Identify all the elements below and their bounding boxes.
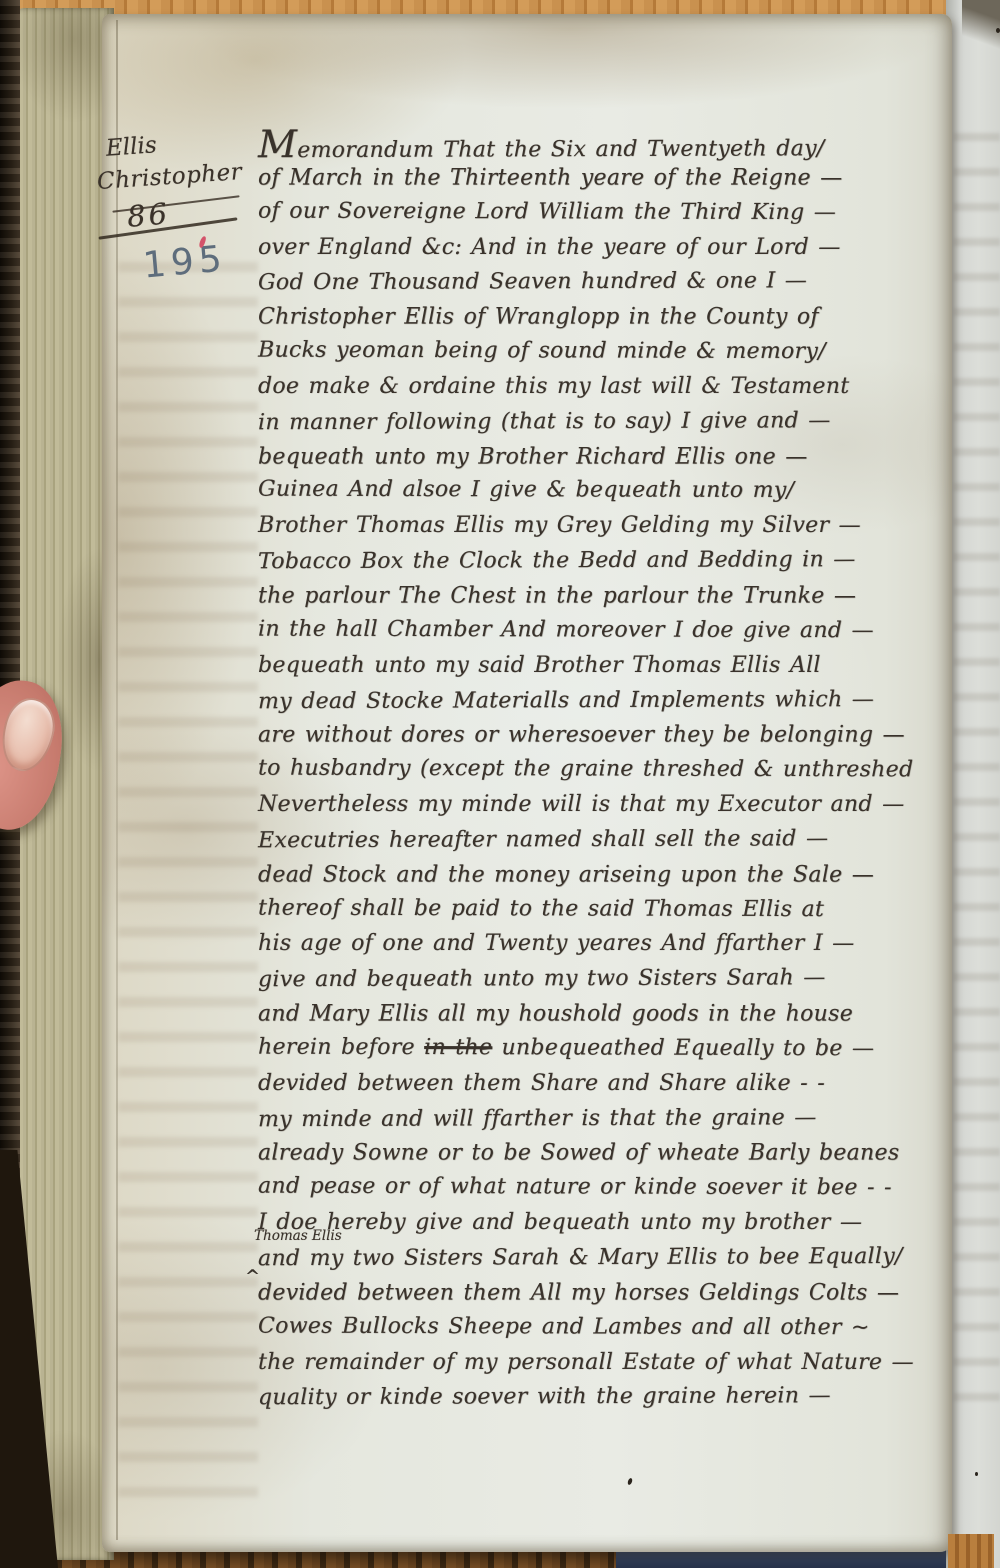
facing-page-corner-shadow <box>962 0 1000 52</box>
facing-page-showthrough <box>954 120 1000 1420</box>
manuscript-line: Guinea And alsoe I give & bequeath unto … <box>258 473 952 510</box>
manuscript-line: devided between them All my horses Geldi… <box>258 1276 952 1311</box>
manuscript-line: and pease or of what nature or kinde soe… <box>258 1170 952 1207</box>
manuscript-line: dead Stock and the money ariseing upon t… <box>258 858 952 893</box>
manuscript-line: my minde and will ffarther is that the g… <box>258 1100 952 1137</box>
manuscript-line: are without dores or wheresoever they be… <box>258 719 952 754</box>
folio-number: 195 <box>141 238 228 286</box>
struck-out-words: in the <box>424 1035 492 1060</box>
margin-surname: Ellis <box>105 132 157 161</box>
manuscript-line-with-strikeout: herein before in the unbequeathed Equeal… <box>258 1031 952 1068</box>
manuscript-line: over England &c: And in the yeare of our… <box>258 231 952 266</box>
manuscript-line: of March in the Thirteenth yeare of the … <box>258 161 952 196</box>
manuscript-line: Tobacco Box the Clock the Bedd and Beddi… <box>258 543 952 580</box>
manuscript-line: in the hall Chamber And moreover I doe g… <box>258 612 952 649</box>
interlineation-insert: Thomas Ellis <box>254 1228 342 1244</box>
manuscript-line: of our Sovereigne Lord William the Third… <box>258 194 952 231</box>
manuscript-text-block: Memorandum That the Six and Twentyeth da… <box>258 126 952 1415</box>
manuscript-line: Nevertheless my minde will is that my Ex… <box>258 788 952 823</box>
manuscript-line: Memorandum That the Six and Twentyeth da… <box>258 125 952 162</box>
manuscript-line: in manner following (that is to say) I g… <box>258 404 952 441</box>
manuscript-line: my dead Stocke Materialls and Implements… <box>258 682 952 719</box>
manuscript-line: doe make & ordaine this my last will & T… <box>258 370 952 405</box>
manuscript-line: the parlour The Chest in the parlour the… <box>258 580 952 615</box>
manuscript-line: bequeath unto my Brother Richard Ellis o… <box>258 440 952 475</box>
manuscript-line: Christopher Ellis of Wranglopp in the Co… <box>258 301 952 336</box>
manuscript-line: bequeath unto my said Brother Thomas Ell… <box>258 649 952 684</box>
manuscript-line: Bucks yeoman being of sound minde & memo… <box>258 334 952 371</box>
ink-speck <box>975 1472 978 1476</box>
manuscript-line: thereof shall be paid to the said Thomas… <box>258 891 952 928</box>
caret-mark: ^ <box>245 1266 260 1287</box>
manuscript-line: give and bequeath unto my two Sisters Sa… <box>258 961 952 998</box>
manuscript-line: Cowes Bullocks Sheepe and Lambes and all… <box>258 1309 952 1346</box>
wood-table-bottom-right <box>948 1534 994 1568</box>
manuscript-line: and my two Sisters Sarah & Mary Ellis to… <box>258 1240 952 1277</box>
manuscript-line: to husbandry (except the graine threshed… <box>258 752 952 789</box>
thumb-nail <box>0 693 61 777</box>
line-segment: unbequeathed Equeally to be — <box>492 1035 874 1061</box>
manuscript-line: Executries hereafter named shall sell th… <box>258 822 952 859</box>
manuscript-line: I doe hereby give and bequeath unto my b… <box>258 1206 952 1241</box>
page-showthrough <box>118 250 258 1510</box>
facing-page <box>946 0 1000 1568</box>
manuscript-line: quality or kinde soever with the graine … <box>258 1379 952 1416</box>
manuscript-line: and Mary Ellis all my houshold goods in … <box>258 998 952 1033</box>
line-segment: herein before <box>258 1035 424 1060</box>
manuscript-line: already Sowne or to be Sowed of wheate B… <box>258 1137 952 1172</box>
manuscript-line: Brother Thomas Ellis my Grey Gelding my … <box>258 509 952 544</box>
manuscript-line: God One Thousand Seaven hundred & one I … <box>258 264 952 301</box>
manuscript-line: the remainder of my personall Estate of … <box>258 1346 952 1381</box>
manuscript-line: devided between them Share and Share ali… <box>258 1067 952 1102</box>
manuscript-line: his age of one and Twenty yeares And ffa… <box>258 927 952 962</box>
ink-speck <box>996 28 1000 33</box>
